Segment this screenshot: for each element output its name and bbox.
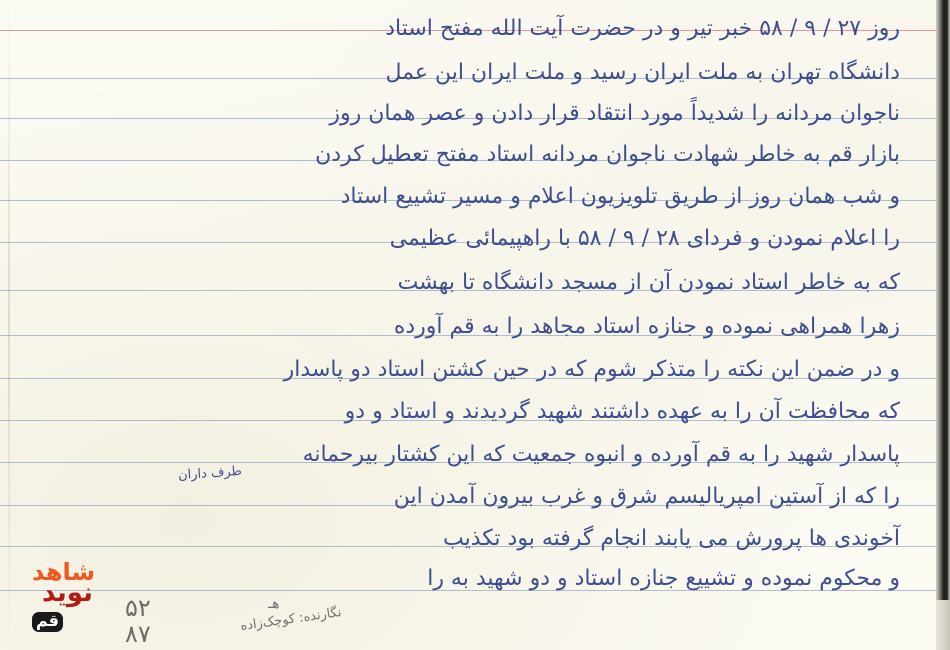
text-line: و محکوم نموده و تشییع جنازه استاد و دو ش… bbox=[427, 568, 900, 590]
scan-edge-shadow bbox=[936, 0, 950, 650]
signature-mark: هـ bbox=[268, 596, 279, 612]
page-numbers: ۵۲ ۸۷ bbox=[125, 595, 151, 647]
page-number-bottom: ۸۷ bbox=[125, 621, 151, 647]
text-line: ناجوان مردانه را شدیداً مورد انتقاد قرار… bbox=[329, 103, 900, 125]
text-line: پاسدار شهید را به قم آورده و انبوه جمعیت… bbox=[303, 444, 900, 466]
text-line: آخوندی ها پرورش می یابند انجام گرفته بود… bbox=[443, 528, 900, 550]
logo-word-navid: نوید bbox=[42, 580, 93, 606]
page-number-top: ۵۲ bbox=[125, 595, 151, 621]
text-line: را که از آستین امپریالیسم شرق و غرب بیرو… bbox=[394, 486, 900, 508]
signature: نگارنده: کوچک‌زاده bbox=[239, 605, 342, 634]
text-line: و در ضمن این نکته را متذکر شوم که در حین… bbox=[284, 359, 900, 381]
text-line: بازار قم به خاطر شهادت ناجوان مردانه است… bbox=[315, 144, 900, 166]
text-line: روز ۲۷ / ۹ / ۵۸ خبر تیر و در حضرت آیت ال… bbox=[385, 18, 900, 40]
text-line: دانشگاه تهران به ملت ایران رسید و ملت ای… bbox=[385, 62, 900, 84]
text-line: و شب همان روز از طریق تلویزیون اعلام و م… bbox=[341, 186, 900, 208]
logo-city-badge: قم bbox=[32, 612, 63, 632]
handwritten-text-block: روز ۲۷ / ۹ / ۵۸ خبر تیر و در حضرت آیت ال… bbox=[20, 0, 900, 600]
scanned-paper: روز ۲۷ / ۹ / ۵۸ خبر تیر و در حضرت آیت ال… bbox=[0, 0, 936, 650]
watermark-logo: شاهد نوید قم bbox=[28, 560, 118, 645]
text-line: را اعلام نمودن و فردای ۲۸ / ۹ / ۵۸ با را… bbox=[390, 228, 900, 250]
text-line: که محافظت آن را به عهده داشتند شهید گردی… bbox=[345, 401, 900, 423]
text-line: که به خاطر استاد نمودن آن از مسجد دانشگا… bbox=[398, 272, 900, 294]
text-line: زهرا همراهی نموده و جنازه استاد مجاهد را… bbox=[394, 316, 900, 338]
